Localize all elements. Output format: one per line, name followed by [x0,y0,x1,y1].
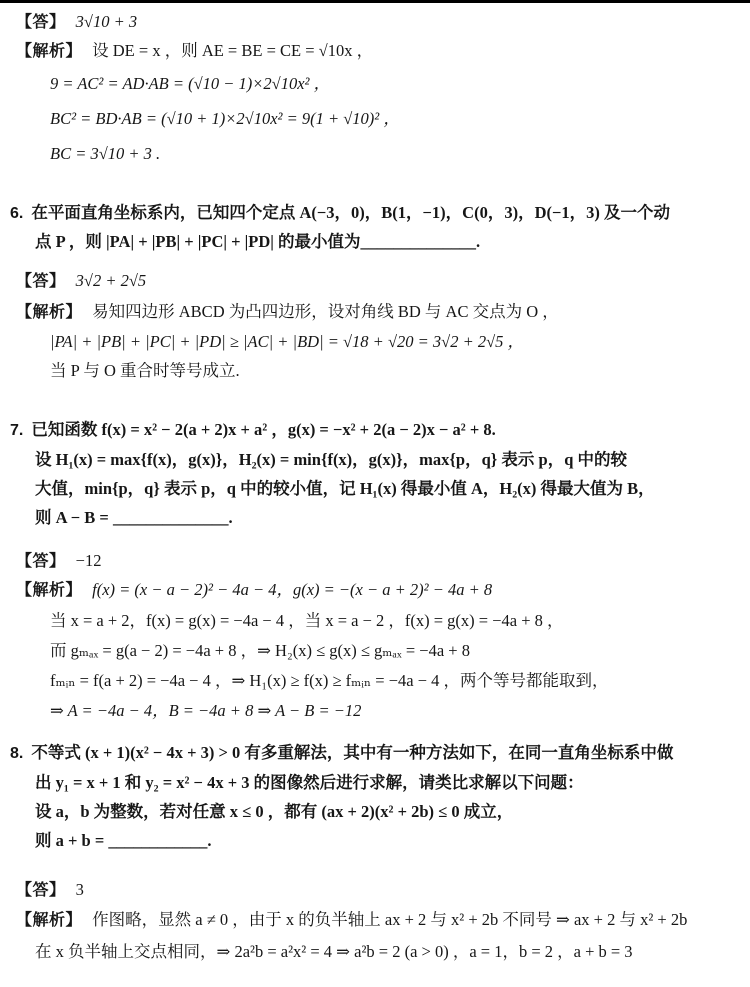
answer-row: 【答】 3√2 + 2√5 [10,266,734,297]
question-text: 已知函数 f(x) = x² − 2(a + 2)x + a² ，g(x) = … [31,420,495,439]
analysis-line: ⇒ A = −4a − 4，B = −4a + 8 ⇒ A − B = −12 [10,696,734,726]
analysis-label: 【解析】 [16,304,82,321]
analysis-line: BC² = BD·AB = (√10 + 1)×2√10x² = 9(1 + √… [10,101,734,136]
answer-label: 【答】 [16,553,66,570]
answer-row: 【答】 −12 [10,548,734,575]
question-number: 7. [10,422,23,439]
analysis-intro: 作图略，显然 a ≠ 0 ，由于 x 的负半轴上 ax + 2 与 x² + 2… [92,910,687,929]
question-8-block: 8.不等式 (x + 1)(x² − 4x + 3) > 0 有多重解法，其中有… [10,738,734,855]
analysis-line: fₘᵢₙ = f(a + 2) = −4a − 4 ，⇒ H₁(x) ≥ f(x… [10,666,734,696]
analysis-line: |PA| + |PB| + |PC| + |PD| ≥ |AC| + |BD| … [10,327,734,357]
analysis-line: 在 x 负半轴上交点相同，⇒ 2a²b = a²x² = 4 ⇒ a²b = 2… [10,936,734,967]
analysis-line: 当 x = a + 2，f(x) = g(x) = −4a − 4 ，当 x =… [10,606,734,636]
answer-label: 【答】 [16,14,66,31]
question-line: 大值，min{p，q} 表示 p，q 中的较小值，记 H₁(x) 得最小值 A，… [10,474,734,503]
question-text: 不等式 (x + 1)(x² − 4x + 3) > 0 有多重解法，其中有一种… [31,743,673,762]
question-text: 在平面直角坐标系内，已知四个定点 A(−3，0)，B(1，−1)，C(0，3)，… [31,203,670,222]
answer-value: 3√2 + 2√5 [76,271,147,290]
question-line: 出 y₁ = x + 1 和 y₂ = x² − 4x + 3 的图像然后进行求… [10,768,734,797]
question-line: 设 a，b 为整数，若对任意 x ≤ 0 ，都有 (ax + 2)(x² + 2… [10,797,734,826]
analysis-row: 【解析】 f(x) = (x − a − 2)² − 4a − 4，g(x) =… [10,575,734,606]
answer-row: 【答】 3 [10,877,734,904]
analysis-row: 【解析】 作图略，显然 a ≠ 0 ，由于 x 的负半轴上 ax + 2 与 x… [10,904,734,936]
question-line: 设 H₁(x) = max{f(x)，g(x)}，H₂(x) = min{f(x… [10,445,734,474]
prev-answer-block: 【答】 3√10 + 3 【解析】 设 DE = x ，则 AE = BE = … [10,8,734,171]
analysis-intro: 设 DE = x ，则 AE = BE = CE = √10x ， [92,41,373,60]
question-line: 8.不等式 (x + 1)(x² − 4x + 3) > 0 有多重解法，其中有… [10,738,734,768]
analysis-label: 【解析】 [16,912,82,929]
analysis-line: 当 P 与 O 重合时等号成立. [10,357,734,385]
analysis-intro: f(x) = (x − a − 2)² − 4a − 4，g(x) = −(x … [92,580,492,599]
question-6-answer-block: 【答】 3√2 + 2√5 【解析】 易知四边形 ABCD 为凸四边形，设对角线… [10,266,734,385]
answer-label: 【答】 [16,273,66,290]
analysis-label: 【解析】 [16,582,82,599]
answer-label: 【答】 [16,882,66,899]
question-line: 则 a + b = ____________. [10,826,734,855]
answer-row: 【答】 3√10 + 3 [10,8,734,37]
analysis-row: 【解析】 设 DE = x ，则 AE = BE = CE = √10x ， [10,37,734,66]
analysis-line: 9 = AC² = AD·AB = (√10 − 1)×2√10x² ， [10,66,734,101]
question-8-answer-block: 【答】 3 【解析】 作图略，显然 a ≠ 0 ，由于 x 的负半轴上 ax +… [10,877,734,967]
question-number: 8. [10,745,23,762]
question-line: 7.已知函数 f(x) = x² − 2(a + 2)x + a² ，g(x) … [10,415,734,445]
analysis-line: BC = 3√10 + 3 . [10,136,734,171]
analysis-line: 而 gₘₐₓ = g(a − 2) = −4a + 8 ，⇒ H₂(x) ≤ g… [10,636,734,666]
analysis-label: 【解析】 [16,43,82,60]
answer-value: −12 [76,551,102,570]
answer-value: 3√10 + 3 [76,12,137,31]
question-number: 6. [10,205,23,222]
question-6-block: 6.在平面直角坐标系内，已知四个定点 A(−3，0)，B(1，−1)，C(0，3… [10,199,734,256]
analysis-intro: 易知四边形 ABCD 为凸四边形，设对角线 BD 与 AC 交点为 O ， [92,302,559,321]
question-line: 6.在平面直角坐标系内，已知四个定点 A(−3，0)，B(1，−1)，C(0，3… [10,199,734,228]
document-page: 【答】 3√10 + 3 【解析】 设 DE = x ，则 AE = BE = … [0,0,750,987]
answer-value: 3 [76,880,84,899]
analysis-row: 【解析】 易知四边形 ABCD 为凸四边形，设对角线 BD 与 AC 交点为 O… [10,297,734,327]
question-line: 则 A − B = ______________. [10,503,734,532]
question-7-block: 7.已知函数 f(x) = x² − 2(a + 2)x + a² ，g(x) … [10,415,734,532]
top-border-line [0,0,750,3]
question-7-answer-block: 【答】 −12 【解析】 f(x) = (x − a − 2)² − 4a − … [10,548,734,726]
question-line: 点 P ，则 |PA| + |PB| + |PC| + |PD| 的最小值为__… [10,228,734,256]
